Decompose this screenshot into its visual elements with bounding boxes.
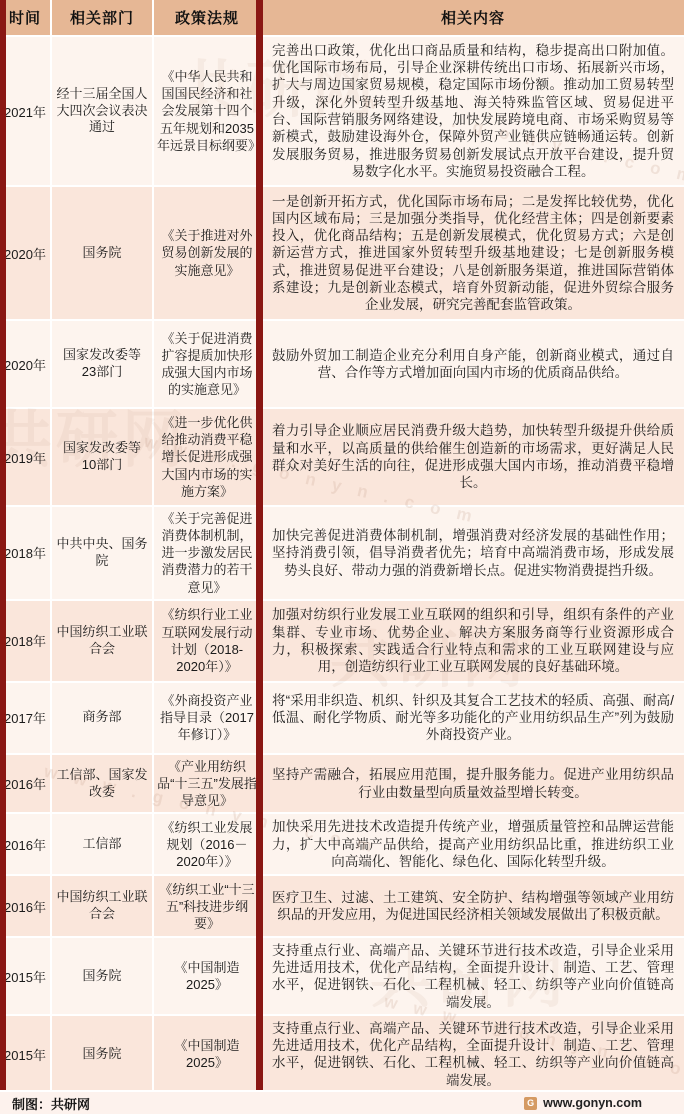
table-row: 2016年 工信部 《纺织工业发展规划（2016－2020年）》 加快采用先进技… [0, 814, 684, 874]
row-policy-content: 加快完善促进消费体制机制，增强消费对经济发展的基础性作用；坚持消费引领，倡导消费… [262, 507, 684, 599]
gonyn-logo-icon: G [524, 1097, 537, 1110]
row-policy-title: 《进一步优化供给推动消费平稳增长促进形成强大国内市场的实施方案》 [154, 409, 260, 505]
row-policy-title: 《纺织工业“十三五”科技进步纲要》 [154, 876, 260, 936]
accent-bar-middle [256, 0, 263, 1090]
row-department: 工信部、国家发改委 [52, 755, 152, 812]
table-header-row: 时间 相关部门 政策法规 相关内容 [0, 0, 684, 35]
row-policy-content: 鼓励外贸加工制造企业充分利用自身产能，创新商业模式，通过自营、合作等方式增加面向… [262, 321, 684, 407]
table-row: 2019年 国家发改委等10部门 《进一步优化供给推动消费平稳增长促进形成强大国… [0, 409, 684, 505]
row-policy-content: 着力引导企业顺应居民消费升级大趋势，加快转型升级提升供给质量和水平，以高质量的供… [262, 409, 684, 505]
row-policy-title: 《外商投资产业指导目录（2017年修订）》 [154, 683, 260, 753]
row-year: 2015年 [0, 1016, 50, 1090]
row-policy-content: 加强对纺织行业发展工业互联网的组织和引导，组织有条件的产业集群、专业市场、优势企… [262, 601, 684, 681]
row-year: 2018年 [0, 507, 50, 599]
row-policy-content: 一是创新开拓方式，优化国际市场布局；二是发挥比较优势，优化国内区域布局；三是加强… [262, 187, 684, 319]
row-department: 国家发改委等10部门 [52, 409, 152, 505]
row-department: 中国纺织工业联合会 [52, 601, 152, 681]
header-col-time: 时间 [0, 0, 50, 35]
row-department: 国务院 [52, 187, 152, 319]
footer-bar: 制图：共研网 G www.gonyn.com [0, 1090, 684, 1114]
table-row: 2017年 商务部 《外商投资产业指导目录（2017年修订）》 将“采用非织造、… [0, 683, 684, 753]
accent-bar-left [0, 0, 6, 1090]
row-year: 2020年 [0, 321, 50, 407]
row-department: 经十三届全国人大四次会议表决通过 [52, 37, 152, 185]
row-policy-content: 医疗卫生、过滤、土工建筑、安全防护、结构增强等领域产业用纺织品的开发应用，为促进… [262, 876, 684, 936]
table-row: 2018年 中共中央、国务院 《关于完善促进消费体制机制，进一步激发居民消费潜力… [0, 507, 684, 599]
row-policy-content: 坚持产需融合，拓展应用范围，提升服务能力。促进产业用纺织品行业由数量型向质量效益… [262, 755, 684, 812]
row-year: 2020年 [0, 187, 50, 319]
table-row: 2015年 国务院 《中国制造2025》 支持重点行业、高端产品、关键环节进行技… [0, 938, 684, 1014]
row-policy-title: 《中国制造2025》 [154, 1016, 260, 1090]
row-policy-title: 《关于完善促进消费体制机制，进一步激发居民消费潜力的若干意见》 [154, 507, 260, 599]
header-col-content: 相关内容 [262, 0, 684, 35]
table-row: 2020年 国家发改委等23部门 《关于促进消费扩容提质加快形成强大国内市场的实… [0, 321, 684, 407]
row-policy-title: 《纺织行业工业互联网发展行动计划（2018-2020年）》 [154, 601, 260, 681]
policy-table-page: 时间 相关部门 政策法规 相关内容 2021年 经十三届全国人大四次会议表决通过… [0, 0, 684, 1114]
table-row: 2015年 国务院 《中国制造2025》 支持重点行业、高端产品、关键环节进行技… [0, 1016, 684, 1090]
header-col-policy: 政策法规 [154, 0, 260, 35]
row-policy-content: 将“采用非织造、机织、针织及其复合工艺技术的轻质、高强、耐高/低温、耐化学物质、… [262, 683, 684, 753]
table-row: 2016年 工信部、国家发改委 《产业用纺织品“十三五”发展指导意见》 坚持产需… [0, 755, 684, 812]
row-policy-title: 《产业用纺织品“十三五”发展指导意见》 [154, 755, 260, 812]
row-policy-title: 《关于促进消费扩容提质加快形成强大国内市场的实施意见》 [154, 321, 260, 407]
row-year: 2018年 [0, 601, 50, 681]
table-row: 2018年 中国纺织工业联合会 《纺织行业工业互联网发展行动计划（2018-20… [0, 601, 684, 681]
table-row: 2021年 经十三届全国人大四次会议表决通过 《中华人民共和国国民经济和社会发展… [0, 37, 684, 185]
row-department: 国务院 [52, 1016, 152, 1090]
row-policy-title: 《中国制造2025》 [154, 938, 260, 1014]
table-row: 2016年 中国纺织工业联合会 《纺织工业“十三五”科技进步纲要》 医疗卫生、过… [0, 876, 684, 936]
row-department: 中共中央、国务院 [52, 507, 152, 599]
table-body: 2021年 经十三届全国人大四次会议表决通过 《中华人民共和国国民经济和社会发展… [0, 37, 684, 1090]
table-row: 2020年 国务院 《关于推进对外贸易创新发展的实施意见》 一是创新开拓方式，优… [0, 187, 684, 319]
row-department: 国务院 [52, 938, 152, 1014]
row-policy-content: 支持重点行业、高端产品、关键环节进行技术改造，引导企业采用先进适用技术，优化产品… [262, 1016, 684, 1090]
row-policy-content: 支持重点行业、高端产品、关键环节进行技术改造，引导企业采用先进适用技术，优化产品… [262, 938, 684, 1014]
row-year: 2015年 [0, 938, 50, 1014]
row-year: 2016年 [0, 755, 50, 812]
row-policy-title: 《关于推进对外贸易创新发展的实施意见》 [154, 187, 260, 319]
row-policy-title: 《纺织工业发展规划（2016－2020年）》 [154, 814, 260, 874]
row-policy-title: 《中华人民共和国国民经济和社会发展第十四个五年规划和2035年远景目标纲要》 [154, 37, 260, 185]
row-year: 2016年 [0, 876, 50, 936]
row-year: 2019年 [0, 409, 50, 505]
row-policy-content: 完善出口政策，优化出口商品质量和结构，稳步提高出口附加值。优化国际市场布局，引导… [262, 37, 684, 185]
footer-site-url: www.gonyn.com [543, 1096, 642, 1110]
footer-credit: 制图：共研网 [12, 1094, 90, 1113]
row-year: 2021年 [0, 37, 50, 185]
policy-table: 时间 相关部门 政策法规 相关内容 2021年 经十三届全国人大四次会议表决通过… [0, 0, 684, 1090]
row-year: 2017年 [0, 683, 50, 753]
row-department: 中国纺织工业联合会 [52, 876, 152, 936]
row-department: 商务部 [52, 683, 152, 753]
header-col-department: 相关部门 [52, 0, 152, 35]
row-year: 2016年 [0, 814, 50, 874]
row-department: 工信部 [52, 814, 152, 874]
row-department: 国家发改委等23部门 [52, 321, 152, 407]
row-policy-content: 加快采用先进技术改造提升传统产业，增强质量管控和品牌运营能力，扩大中高端产品供给… [262, 814, 684, 874]
footer-site-block: G www.gonyn.com [524, 1096, 642, 1110]
